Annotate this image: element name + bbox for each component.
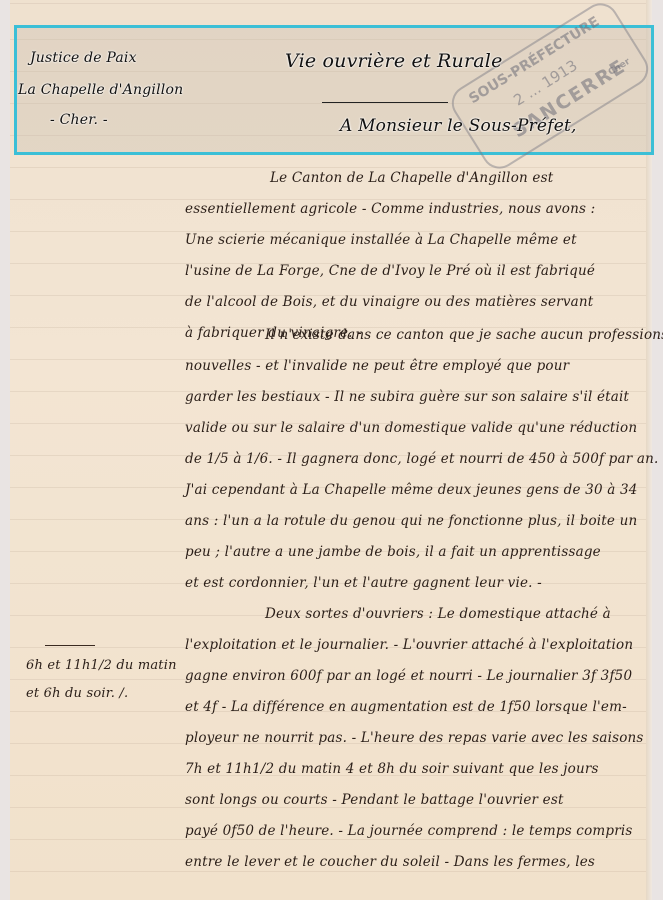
body-line: de 1/5 à 1/6. - Il gagnera donc, logé et… — [185, 451, 659, 467]
sender-line-2: La Chapelle d'Angillon — [18, 82, 183, 98]
sender-line-3: - Cher. - — [50, 112, 108, 128]
body-line: entre le lever et le coucher du soleil -… — [185, 854, 595, 870]
body-line: Il n'existe dans ce canton que je sache … — [265, 327, 663, 343]
body-line: Le Canton de La Chapelle d'Angillon est — [270, 170, 553, 186]
body-line: peu ; l'autre a une jambe de bois, il a … — [185, 544, 601, 560]
body-line: ployeur ne nourrit pas. - L'heure des re… — [185, 730, 644, 746]
body-line: Deux sortes d'ouvriers : Le domestique a… — [265, 606, 611, 622]
title-underline — [322, 102, 448, 103]
body-line: l'exploitation et le journalier. - L'ouv… — [185, 637, 633, 653]
margin-note-mark — [45, 645, 95, 646]
margin-note-line-1: 6h et 11h1/2 du matin — [26, 658, 177, 673]
body-line: de l'alcool de Bois, et du vinaigre ou d… — [185, 294, 593, 310]
body-line: garder les bestiaux - Il ne subira guère… — [185, 389, 629, 405]
body-line: Une scierie mécanique installée à La Cha… — [185, 232, 577, 248]
addressee: A Monsieur le Sous-Préfet, — [340, 116, 577, 136]
body-line: et 4f - La différence en augmentation es… — [185, 699, 627, 715]
body-line: ans : l'un a la rotule du genou qui ne f… — [185, 513, 637, 529]
body-line: nouvelles - et l'invalide ne peut être e… — [185, 358, 569, 374]
body-line: gagne environ 600f par an logé et nourri… — [185, 668, 632, 684]
sender-line-1: Justice de Paix — [30, 50, 137, 66]
body-line: sont longs ou courts - Pendant le battag… — [185, 792, 564, 808]
margin-note-line-2: et 6h du soir. /. — [26, 686, 128, 701]
body-line: valide ou sur le salaire d'un domestique… — [185, 420, 637, 436]
body-line: payé 0f50 de l'heure. - La journée compr… — [185, 823, 633, 839]
body-line: J'ai cependant à La Chapelle même deux j… — [185, 482, 638, 498]
body-line: l'usine de La Forge, Cne de d'Ivoy le Pr… — [185, 263, 595, 279]
body-line: 7h et 11h1/2 du matin 4 et 8h du soir su… — [185, 761, 599, 777]
body-line: essentiellement agricole - Comme industr… — [185, 201, 595, 217]
document-title: Vie ouvrière et Rurale — [285, 50, 503, 72]
body-line: et est cordonnier, l'un et l'autre gagne… — [185, 575, 542, 591]
